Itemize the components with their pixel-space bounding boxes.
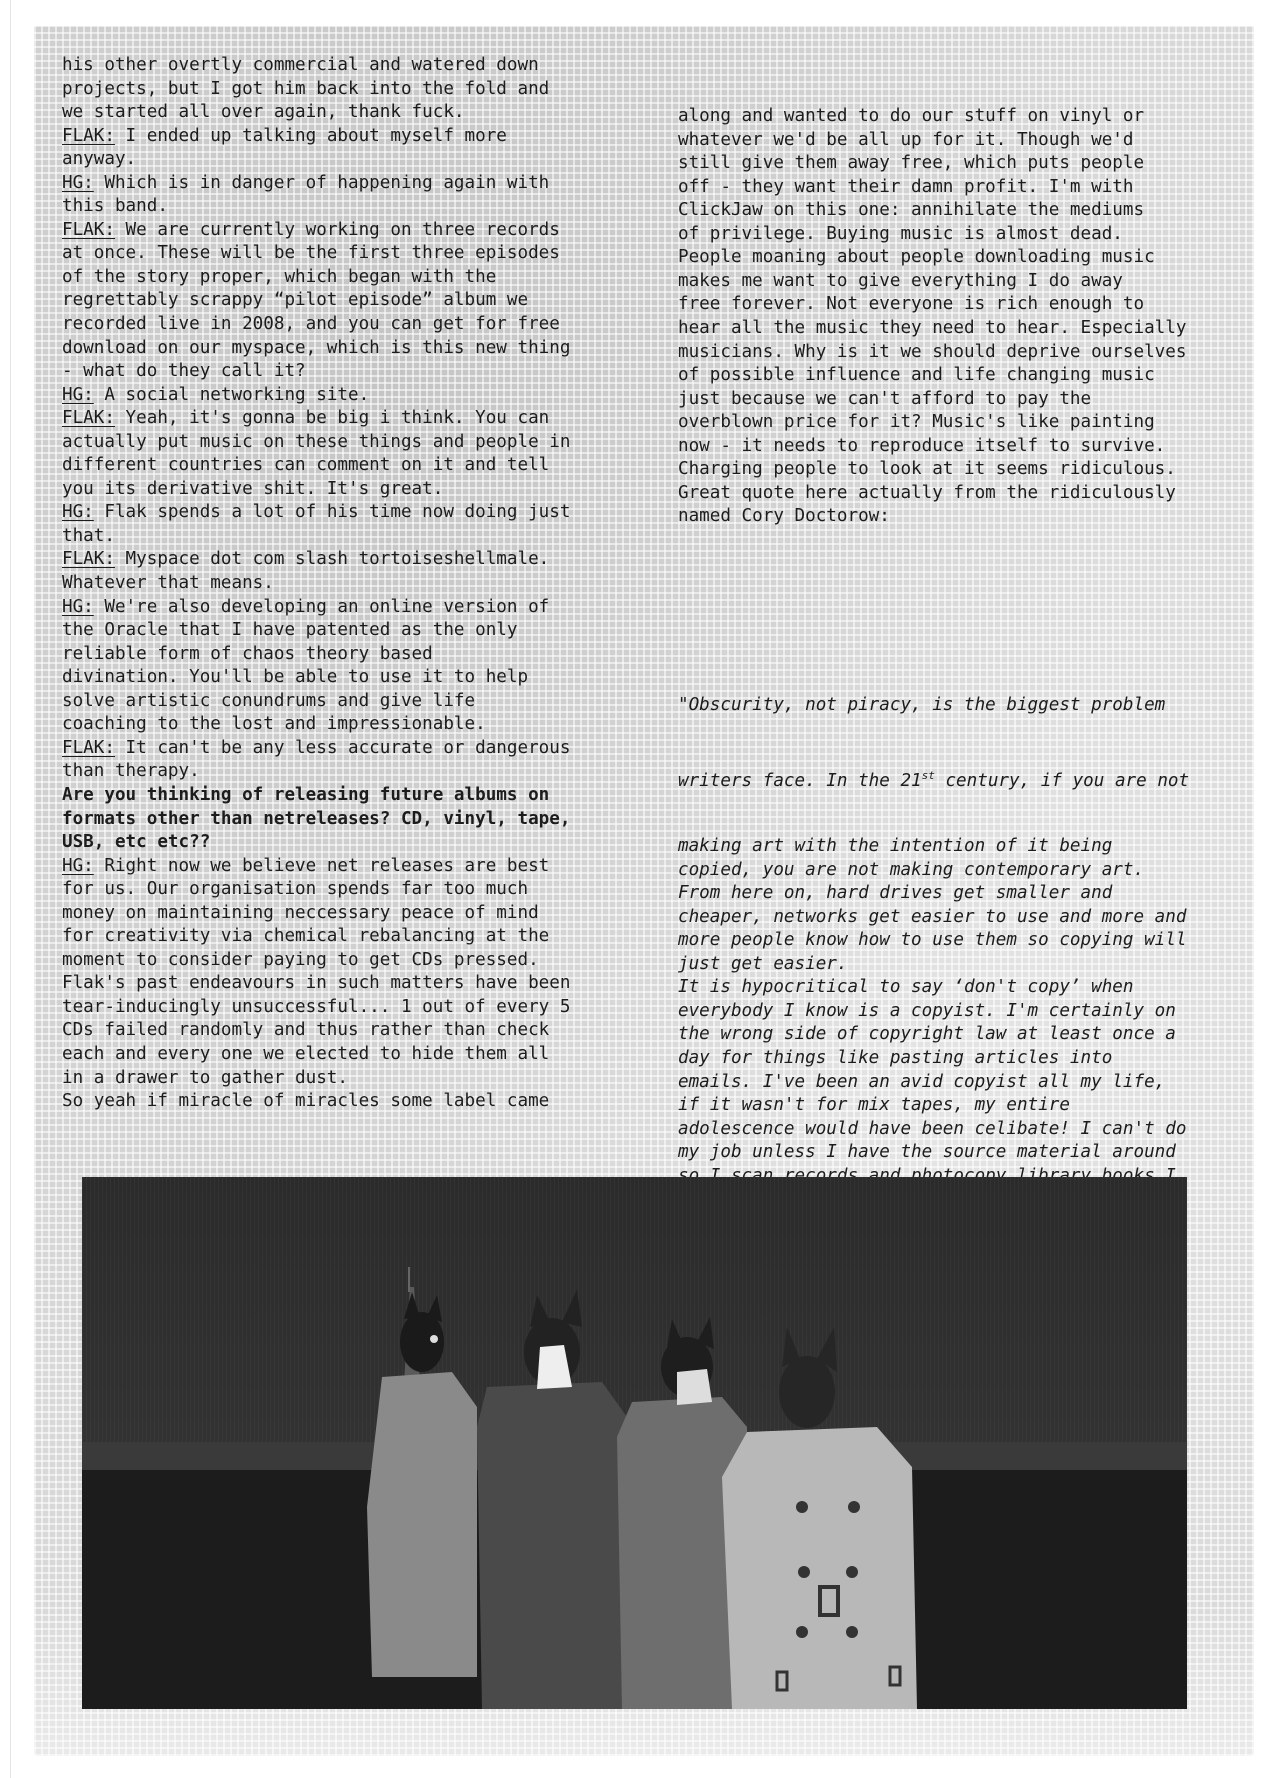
text-line: solve artistic conundrums and give life	[62, 690, 602, 714]
dialogue-line: HG: A social networking site.	[62, 384, 602, 408]
speaker-label: HG:	[62, 597, 94, 617]
text-line: his other overtly commercial and watered…	[62, 54, 602, 78]
speaker-label: FLAK:	[62, 220, 115, 240]
line-text: reliable form of chaos theory based	[62, 644, 433, 664]
dialogue-line: FLAK: Myspace dot com slash tortoiseshel…	[62, 548, 602, 572]
quote-line: the wrong side of copyright law at least…	[678, 1023, 1228, 1047]
text-line: actually put music on these things and p…	[62, 431, 602, 455]
quote-line: writers face. In the 21st century, if yo…	[678, 764, 1228, 788]
text-line: of possible influence and life changing …	[678, 364, 1228, 388]
text-line: hear all the music they need to hear. Es…	[678, 317, 1228, 341]
cat-figure-right	[722, 1327, 917, 1709]
text-line: Charging people to look at it seems ridi…	[678, 458, 1228, 482]
text-line: whatever we'd be all up for it. Though w…	[678, 129, 1228, 153]
line-text: Myspace dot com slash tortoiseshellmale.	[115, 549, 549, 569]
dialogue-line: HG: Flak spends a lot of his time now do…	[62, 501, 602, 525]
line-text: Flak's past endeavours in such matters h…	[62, 973, 570, 993]
line-text: for us. Our organisation spends far too …	[62, 879, 528, 899]
line-text: Right now we believe net releases are be…	[94, 856, 549, 876]
superscript: st	[922, 769, 935, 782]
line-text: coaching to the lost and impressionable.	[62, 714, 486, 734]
text-line: of the story proper, which began with th…	[62, 266, 602, 290]
speaker-label: FLAK:	[62, 549, 115, 569]
speaker-label: FLAK:	[62, 126, 115, 146]
line-text: of the story proper, which began with th…	[62, 267, 496, 287]
line-text: the Oracle that I have patented as the o…	[62, 620, 517, 640]
text-line: download on our myspace, which is this n…	[62, 337, 602, 361]
line-text: Are you thinking of releasing future alb…	[62, 785, 549, 805]
line-text: his other overtly commercial and watered…	[62, 55, 539, 75]
line-text: different countries can comment on it an…	[62, 455, 549, 475]
quote-line: adolescence would have been celibate! I …	[678, 1118, 1228, 1142]
line-text: formats other than netreleases? CD, viny…	[62, 809, 570, 829]
quote-line: if it wasn't for mix tapes, my entire	[678, 1094, 1228, 1118]
quote-line: everybody I know is a copyist. I'm certa…	[678, 1000, 1228, 1024]
text-line: for us. Our organisation spends far too …	[62, 878, 602, 902]
text-line: at once. These will be the first three e…	[62, 242, 602, 266]
text-line: divination. You'll be able to use it to …	[62, 666, 602, 690]
line-text: We're also developing an online version …	[94, 597, 549, 617]
text-line: of privilege. Buying music is almost dea…	[678, 223, 1228, 247]
text-line: CDs failed randomly and thus rather than…	[62, 1019, 602, 1043]
dialogue-line: HG: We're also developing an online vers…	[62, 596, 602, 620]
line-text: moment to consider paying to get CDs pre…	[62, 950, 539, 970]
quote-line: copied, you are not making contemporary …	[678, 859, 1228, 883]
quote-line: making art with the intention of it bein…	[678, 835, 1228, 859]
line-text: We are currently working on three record…	[115, 220, 560, 240]
quote-line: more people know how to use them so copy…	[678, 929, 1228, 953]
quote-line: day for things like pasting articles int…	[678, 1047, 1228, 1071]
line-text: at once. These will be the first three e…	[62, 243, 560, 263]
line-text: you its derivative shit. It's great.	[62, 479, 443, 499]
text-line: recorded live in 2008, and you can get f…	[62, 313, 602, 337]
interview-question: USB, etc etc??	[62, 831, 602, 855]
dialogue-line: HG: Right now we believe net releases ar…	[62, 855, 602, 879]
line-text: tear-inducingly unsuccessful... 1 out of…	[62, 997, 570, 1017]
band-photo	[82, 1177, 1187, 1709]
line-text: Yeah, it's gonna be big i think. You can	[115, 408, 549, 428]
cat-figure-center-left	[477, 1289, 632, 1709]
line-text: download on our myspace, which is this n…	[62, 338, 570, 358]
line-text: It can't be any less accurate or dangero…	[115, 738, 570, 758]
speaker-label: HG:	[62, 173, 94, 193]
text-line: the Oracle that I have patented as the o…	[62, 619, 602, 643]
interview-question: formats other than netreleases? CD, viny…	[62, 808, 602, 832]
text-line: Great quote here actually from the ridic…	[678, 482, 1228, 506]
line-text: than therapy.	[62, 761, 200, 781]
line-text: in a drawer to gather dust.	[62, 1068, 348, 1088]
line-text: actually put music on these things and p…	[62, 432, 570, 452]
line-text: regrettably scrappy “pilot episode” albu…	[62, 290, 528, 310]
dialogue-line: FLAK: Yeah, it's gonna be big i think. Y…	[62, 407, 602, 431]
line-text: CDs failed randomly and thus rather than…	[62, 1020, 549, 1040]
line-text: solve artistic conundrums and give life	[62, 691, 475, 711]
photo-illustration	[82, 1177, 1187, 1709]
dialogue-line: FLAK: It can't be any less accurate or d…	[62, 737, 602, 761]
line-text: that.	[62, 526, 115, 546]
text-line: this band.	[62, 195, 602, 219]
line-text: - what do they call it?	[62, 361, 306, 381]
text-line: coaching to the lost and impressionable.	[62, 713, 602, 737]
dialogue-line: FLAK: We are currently working on three …	[62, 219, 602, 243]
text-line: in a drawer to gather dust.	[62, 1067, 602, 1091]
text-line: anyway.	[62, 148, 602, 172]
speaker-label: FLAK:	[62, 408, 115, 428]
line-text: USB, etc etc??	[62, 832, 210, 852]
text-line: makes me want to give everything I do aw…	[678, 270, 1228, 294]
text-line: money on maintaining neccessary peace of…	[62, 902, 602, 926]
line-text: I ended up talking about myself more	[115, 126, 507, 146]
text-line: musicians. Why is it we should deprive o…	[678, 341, 1228, 365]
line-text: recorded live in 2008, and you can get f…	[62, 314, 560, 334]
line-text: Whatever that means.	[62, 573, 274, 593]
quote-line: "Obscurity, not piracy, is the biggest p…	[678, 694, 1228, 718]
line-text: Which is in danger of happening again wi…	[94, 173, 549, 193]
quote-line: cheaper, networks get easier to use and …	[678, 906, 1228, 930]
interview-question: Are you thinking of releasing future alb…	[62, 784, 602, 808]
line-text: divination. You'll be able to use it to …	[62, 667, 528, 687]
text-line: So yeah if miracle of miracles some labe…	[62, 1090, 602, 1114]
dialogue-line: HG: Which is in danger of happening agai…	[62, 172, 602, 196]
dialogue-line: FLAK: I ended up talking about myself mo…	[62, 125, 602, 149]
text-line: - what do they call it?	[62, 360, 602, 384]
text-line: overblown price for it? Music's like pai…	[678, 411, 1228, 435]
line-text: So yeah if miracle of miracles some labe…	[62, 1091, 549, 1111]
text-line: just because we can't afford to pay the	[678, 388, 1228, 412]
text-line: projects, but I got him back into the fo…	[62, 78, 602, 102]
scan-margin-line	[10, 0, 11, 1778]
text-line: Whatever that means.	[62, 572, 602, 596]
text-line: different countries can comment on it an…	[62, 454, 602, 478]
text-line: moment to consider paying to get CDs pre…	[62, 949, 602, 973]
left-column: his other overtly commercial and watered…	[62, 54, 602, 1114]
quote-line: just get easier.	[678, 953, 1228, 977]
line-text: Flak spends a lot of his time now doing …	[94, 502, 571, 522]
text-line: we started all over again, thank fuck.	[62, 101, 602, 125]
spacer	[678, 576, 1228, 600]
text-line: that.	[62, 525, 602, 549]
text-line: off - they want their damn profit. I'm w…	[678, 176, 1228, 200]
quote-line: It is hypocritical to say ‘don't copy’ w…	[678, 976, 1228, 1000]
right-column-body: along and wanted to do our stuff on viny…	[678, 105, 1228, 529]
quote-text: century, if you are not	[935, 771, 1189, 791]
line-text: each and every one we elected to hide th…	[62, 1044, 549, 1064]
line-text: A social networking site.	[94, 385, 369, 405]
text-line: each and every one we elected to hide th…	[62, 1043, 602, 1067]
line-text: we started all over again, thank fuck.	[62, 102, 465, 122]
quote-line: emails. I've been an avid copyist all my…	[678, 1071, 1228, 1095]
text-line: free forever. Not everyone is rich enoug…	[678, 293, 1228, 317]
speaker-label: FLAK:	[62, 738, 115, 758]
text-line: regrettably scrappy “pilot episode” albu…	[62, 289, 602, 313]
speaker-label: HG:	[62, 385, 94, 405]
text-line: along and wanted to do our stuff on viny…	[678, 105, 1228, 129]
text-line: than therapy.	[62, 760, 602, 784]
text-line: reliable form of chaos theory based	[62, 643, 602, 667]
text-line: you its derivative shit. It's great.	[62, 478, 602, 502]
quote-line: my job unless I have the source material…	[678, 1141, 1228, 1165]
speaker-label: HG:	[62, 502, 94, 522]
text-line: still give them away free, which puts pe…	[678, 152, 1228, 176]
text-line: Flak's past endeavours in such matters h…	[62, 972, 602, 996]
cat-figure-left	[367, 1292, 477, 1677]
line-text: anyway.	[62, 149, 136, 169]
text-line: now - it needs to reproduce itself to su…	[678, 435, 1228, 459]
line-text: money on maintaining neccessary peace of…	[62, 903, 539, 923]
text-line: People moaning about people downloading …	[678, 246, 1228, 270]
quote-text: writers face. In the 21	[678, 771, 922, 791]
text-line: for creativity via chemical rebalancing …	[62, 925, 602, 949]
line-text: this band.	[62, 196, 168, 216]
quote-line: From here on, hard drives get smaller an…	[678, 882, 1228, 906]
text-line: ClickJaw on this one: annihilate the med…	[678, 199, 1228, 223]
line-text: for creativity via chemical rebalancing …	[62, 926, 549, 946]
text-line: named Cory Doctorow:	[678, 505, 1228, 529]
text-line: tear-inducingly unsuccessful... 1 out of…	[62, 996, 602, 1020]
line-text: projects, but I got him back into the fo…	[62, 79, 549, 99]
speaker-label: HG:	[62, 856, 94, 876]
